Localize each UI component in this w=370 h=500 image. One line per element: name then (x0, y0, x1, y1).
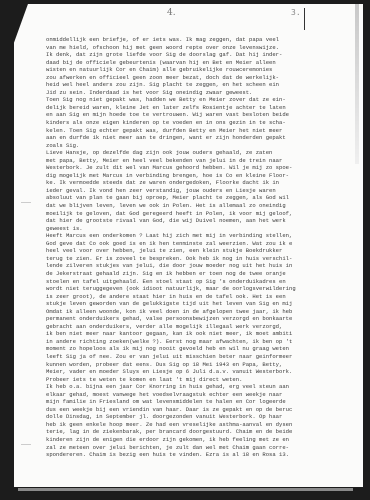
text-line: Lieve Hansje, op dezelfde dag zijn ook j… (46, 149, 346, 157)
text-line: absoluut van plan te gaan bij oproep, Me… (46, 194, 346, 202)
page-shadow (18, 488, 353, 491)
text-line: met papa, Betty, Meier en heel veel beke… (46, 157, 346, 165)
margin-note: 3. (291, 8, 301, 17)
text-line: dat hier de grootste rivaal van God, die… (46, 217, 346, 225)
text-line: geweest is. (46, 225, 346, 233)
text-line: van me hield, ofschoon hij met geen woor… (46, 44, 346, 52)
text-line: kinders als onze eigen kinderen op te vo… (46, 119, 346, 127)
text-line: God geve dat Co ook goed is en ik hen te… (46, 240, 346, 248)
text-line: Meier, vader en moeder Sluys en Liesje o… (46, 368, 346, 376)
text-line: kinderen zijn de enigen die erdoor zijn … (46, 436, 346, 444)
text-line: Ik denk, dat zijn grote liefde voor Sig … (46, 51, 346, 59)
text-line: permanent onderduikers gehad, valse pers… (46, 315, 346, 323)
text-line: elkaar gehad, moest vanwege het voedselv… (46, 391, 346, 399)
ink-mark (304, 8, 306, 30)
text-line: Ik heb o.a. bijna een jaar Cor Knorring … (46, 383, 346, 391)
text-line: lende zilveren stukjes van jelui, die do… (46, 262, 346, 270)
text-line: heb ik geen enkele hoop meer. Ze had een… (46, 421, 346, 429)
text-line: ieder geval. Ik vond hen zeer verstandig… (46, 187, 346, 195)
text-line: in andere richting zoeken(welke ?). Eers… (46, 338, 346, 346)
text-line: heid wel heel anders zou zijn. Sig plach… (46, 81, 346, 89)
text-line: Toen Sig nog niet gepakt was, hadden we … (46, 96, 346, 104)
letter-body: onmiddellijk een briefje, of er iets was… (46, 36, 346, 459)
text-line: en aan Sig en mijn hoede toe te vertrouw… (46, 111, 346, 119)
text-line: zal ze meteen over jelui berichten, je z… (46, 444, 346, 452)
text-line: stoelen en tafel uitgehaald. Een stoel s… (46, 278, 346, 286)
top-margin-marks: 3. (291, 8, 308, 30)
text-line: dat we blijven leven, leven we ook in Po… (46, 202, 346, 210)
text-line: ik ben niet meer naar kantoor gegaan, ka… (46, 330, 346, 338)
text-line: zoals Sig. (46, 142, 346, 150)
text-line: moeilijk te geloven, dat God geregeerd h… (46, 210, 346, 218)
text-line: Jid zu sein. Inderdaad is het voor Sig o… (46, 89, 346, 97)
text-line: leeft Sig ja of nee. Zou er van jelui ui… (46, 353, 346, 361)
text-line: Omdat ik alleen woonde, kon ik veel doen… (46, 308, 346, 316)
text-line: wisten en natuurlijk Cor en Chaim) alle … (46, 66, 346, 74)
text-line: dus een weekje bij een vriendin van haar… (46, 406, 346, 414)
text-line: terie, lag in de ziekenbarak, per branca… (46, 428, 346, 436)
text-line: mijn familie in Friesland om wat levensm… (46, 398, 346, 406)
text-line: daad bij de officiele gebeurtenis (waarv… (46, 59, 346, 67)
text-line: kunnen worden, probeer dat eens. Dus Sig… (46, 361, 346, 369)
text-line: gebracht aan onderduikers, verder alle m… (46, 323, 346, 331)
text-line: heel veel voor over hebben, jelui te zie… (46, 247, 346, 255)
text-line: zou afwerken en officieel geen zoon meer… (46, 74, 346, 82)
text-line: ke. Ik vermoedde steeds dat ze waren ond… (46, 179, 346, 187)
text-line: stukje leven geworden van de gelukkigste… (46, 300, 346, 308)
text-line: moment zo hopeloos als ik mij nog nooit … (46, 345, 346, 353)
text-line: spondereren. Chaim is bezig een huis te … (46, 451, 346, 459)
text-line: onmiddellijk een briefje, of er iets was… (46, 36, 346, 44)
text-line: wordt niet teruggegeven (ook idioot natu… (46, 285, 346, 293)
text-line: Heeft Marcus een onderkomen ? Laat hij z… (46, 232, 346, 240)
page-edge (355, 4, 359, 164)
text-line: Probeer iets te weten te komen en laat '… (46, 376, 346, 384)
text-line: dig mogelijk met Marcus in verbinding br… (46, 172, 346, 180)
page-number: 4. (167, 8, 176, 18)
text-line: is zeer groot), de andere staat hier in … (46, 293, 346, 301)
text-line: Westerbork. Je zult dit wel van Marcus g… (46, 164, 346, 172)
text-line: terug te zien. Er is zoveel te bespreken… (46, 255, 346, 263)
text-line: dolle Dinsdag, in September jl. doorgezo… (46, 413, 346, 421)
margin-mark (21, 202, 31, 203)
text-line: kelen. Toen Sig echter gepakt was, durfd… (46, 127, 346, 135)
margin-mark (21, 444, 31, 445)
text-line: aan en durfde ik niet meer aan te dringe… (46, 134, 346, 142)
text-line: de Jekerstraat gehaald zijn. Sig en ik h… (46, 270, 346, 278)
text-line: delijk bereid waren, kleine Jet en later… (46, 104, 346, 112)
